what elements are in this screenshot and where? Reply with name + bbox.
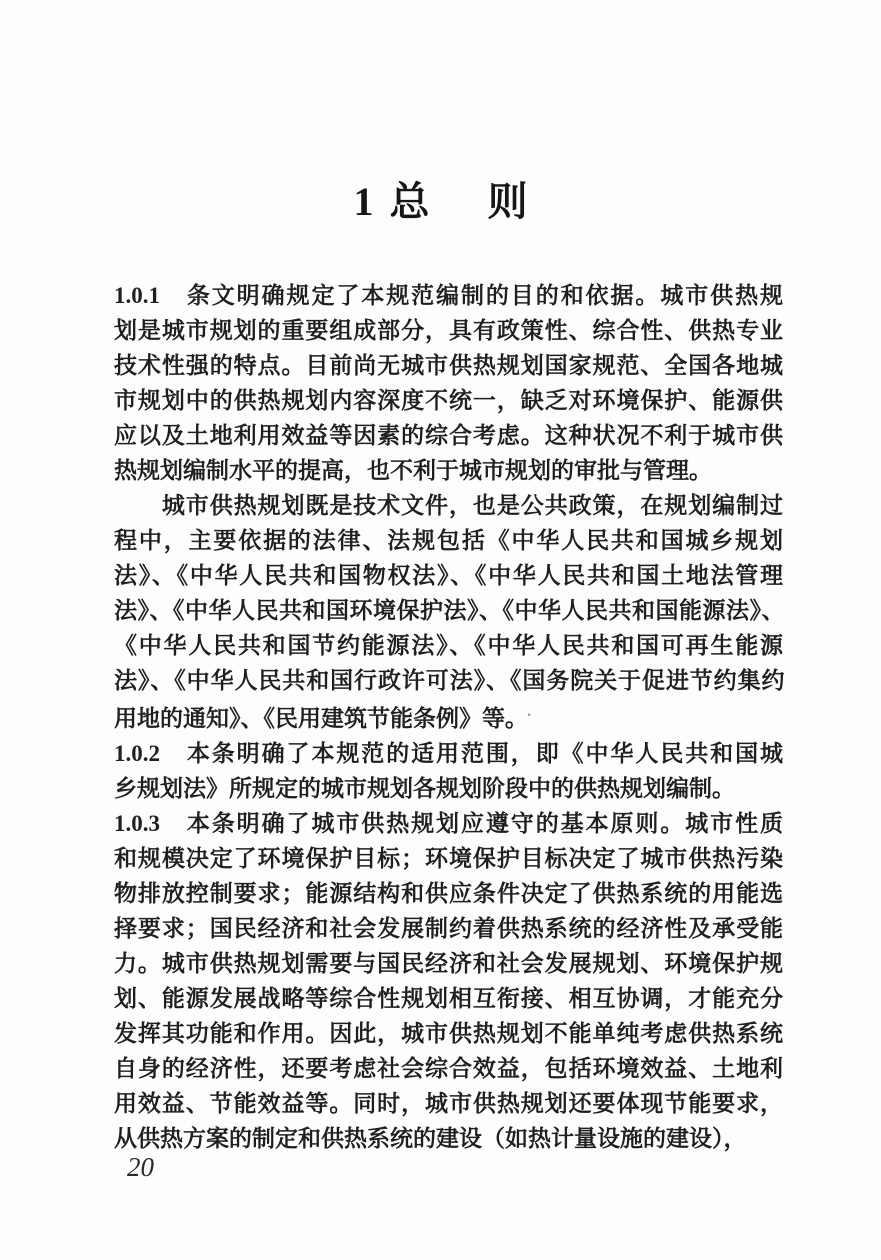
text-line: 物排放控制要求；能源结构和供应条件决定了供热系统的用能选 [114, 876, 783, 911]
scanned-document-page: 1总则 1.0.1 条文明确规定了本规范编制的目的和依据。城市供热规 划是城市规… [0, 0, 881, 1260]
text-line: 划、能源发展战略等综合性规划相互衔接、相互协调，才能充分 [114, 981, 783, 1016]
body-text-block: 1.0.1 条文明确规定了本规范编制的目的和依据。城市供热规 划是城市规划的重要… [114, 278, 783, 1156]
page-number: 20 [127, 1150, 154, 1185]
text-line: 用地的通知》、《民用建筑节能条例》等。· [114, 698, 783, 736]
text-line: 从供热方案的制定和供热系统的建设（如热计量设施的建设）， [114, 1121, 783, 1156]
chapter-title-char-1: 总 [390, 179, 430, 224]
text-line: 用效益、节能效益等。同时，城市供热规划还要体现节能要求， [114, 1086, 783, 1121]
text-line: 应以及土地利用效益等因素的综合考虑。这种状况不利于城市供 [114, 418, 783, 453]
text-line: 技术性强的特点。目前尚无城市供热规划国家规范、全国各地城 [114, 348, 783, 383]
text-line: 择要求；国民经济和社会发展制约着供热系统的经济性及承受能 [114, 911, 783, 946]
text-line: 发挥其功能和作用。因此，城市供热规划不能单纯考虑供热系统 [114, 1016, 783, 1051]
chapter-number: 1 [354, 179, 374, 224]
text-line: 1.0.2 本条明确了本规范的适用范围，即《中华人民共和国城 [114, 736, 783, 771]
scan-artifact-dot: · [517, 707, 532, 724]
text-line: 热规划编制水平的提高，也不利于城市规划的审批与管理。 [114, 453, 783, 488]
text-line: 乡规划法》所规定的城市规划各规划阶段中的供热规划编制。 [114, 771, 783, 806]
clause-1-0-1-legal-basis-paragraph: 城市供热规划既是技术文件，也是公共政策，在规划编制过 程中，主要依据的法律、法规… [114, 488, 783, 736]
text-line: 法》、《中华人民共和国物权法》、《中华人民共和国土地法管理 [114, 558, 783, 593]
clause-1-0-1: 1.0.1 条文明确规定了本规范编制的目的和依据。城市供热规 划是城市规划的重要… [114, 278, 783, 488]
text-line: 法》、《中华人民共和国环境保护法》、《中华人民共和国能源法》、 [114, 593, 783, 628]
text-line: 法》、《中华人民共和国行政许可法》、《国务院关于促进节约集约 [114, 663, 783, 698]
text-line: 1.0.3 本条明确了城市供热规划应遵守的基本原则。城市性质 [114, 806, 783, 841]
chapter-heading: 1总则 [0, 178, 881, 226]
text-line: 自身的经济性，还要考虑社会综合效益，包括环境效益、土地利 [114, 1051, 783, 1086]
clause-1-0-2: 1.0.2 本条明确了本规范的适用范围，即《中华人民共和国城 乡规划法》所规定的… [114, 736, 783, 806]
chapter-title-char-2: 则 [488, 179, 528, 224]
text-line: 1.0.1 条文明确规定了本规范编制的目的和依据。城市供热规 [114, 278, 783, 313]
text-line-content: 用地的通知》、《民用建筑节能条例》等。 [114, 706, 517, 731]
text-line: 城市供热规划既是技术文件，也是公共政策，在规划编制过 [114, 488, 783, 523]
text-line: 和规模决定了环境保护目标；环境保护目标决定了城市供热污染 [114, 841, 783, 876]
text-line: 划是城市规划的重要组成部分，具有政策性、综合性、供热专业 [114, 313, 783, 348]
text-line: 力。城市供热规划需要与国民经济和社会发展规划、环境保护规 [114, 946, 783, 981]
clause-1-0-3: 1.0.3 本条明确了城市供热规划应遵守的基本原则。城市性质 和规模决定了环境保… [114, 806, 783, 1156]
text-line: 市规划中的供热规划内容深度不统一，缺乏对环境保护、能源供 [114, 383, 783, 418]
text-line: 《中华人民共和国节约能源法》、《中华人民共和国可再生能源 [114, 628, 783, 663]
text-line: 程中，主要依据的法律、法规包括《中华人民共和国城乡规划 [114, 523, 783, 558]
